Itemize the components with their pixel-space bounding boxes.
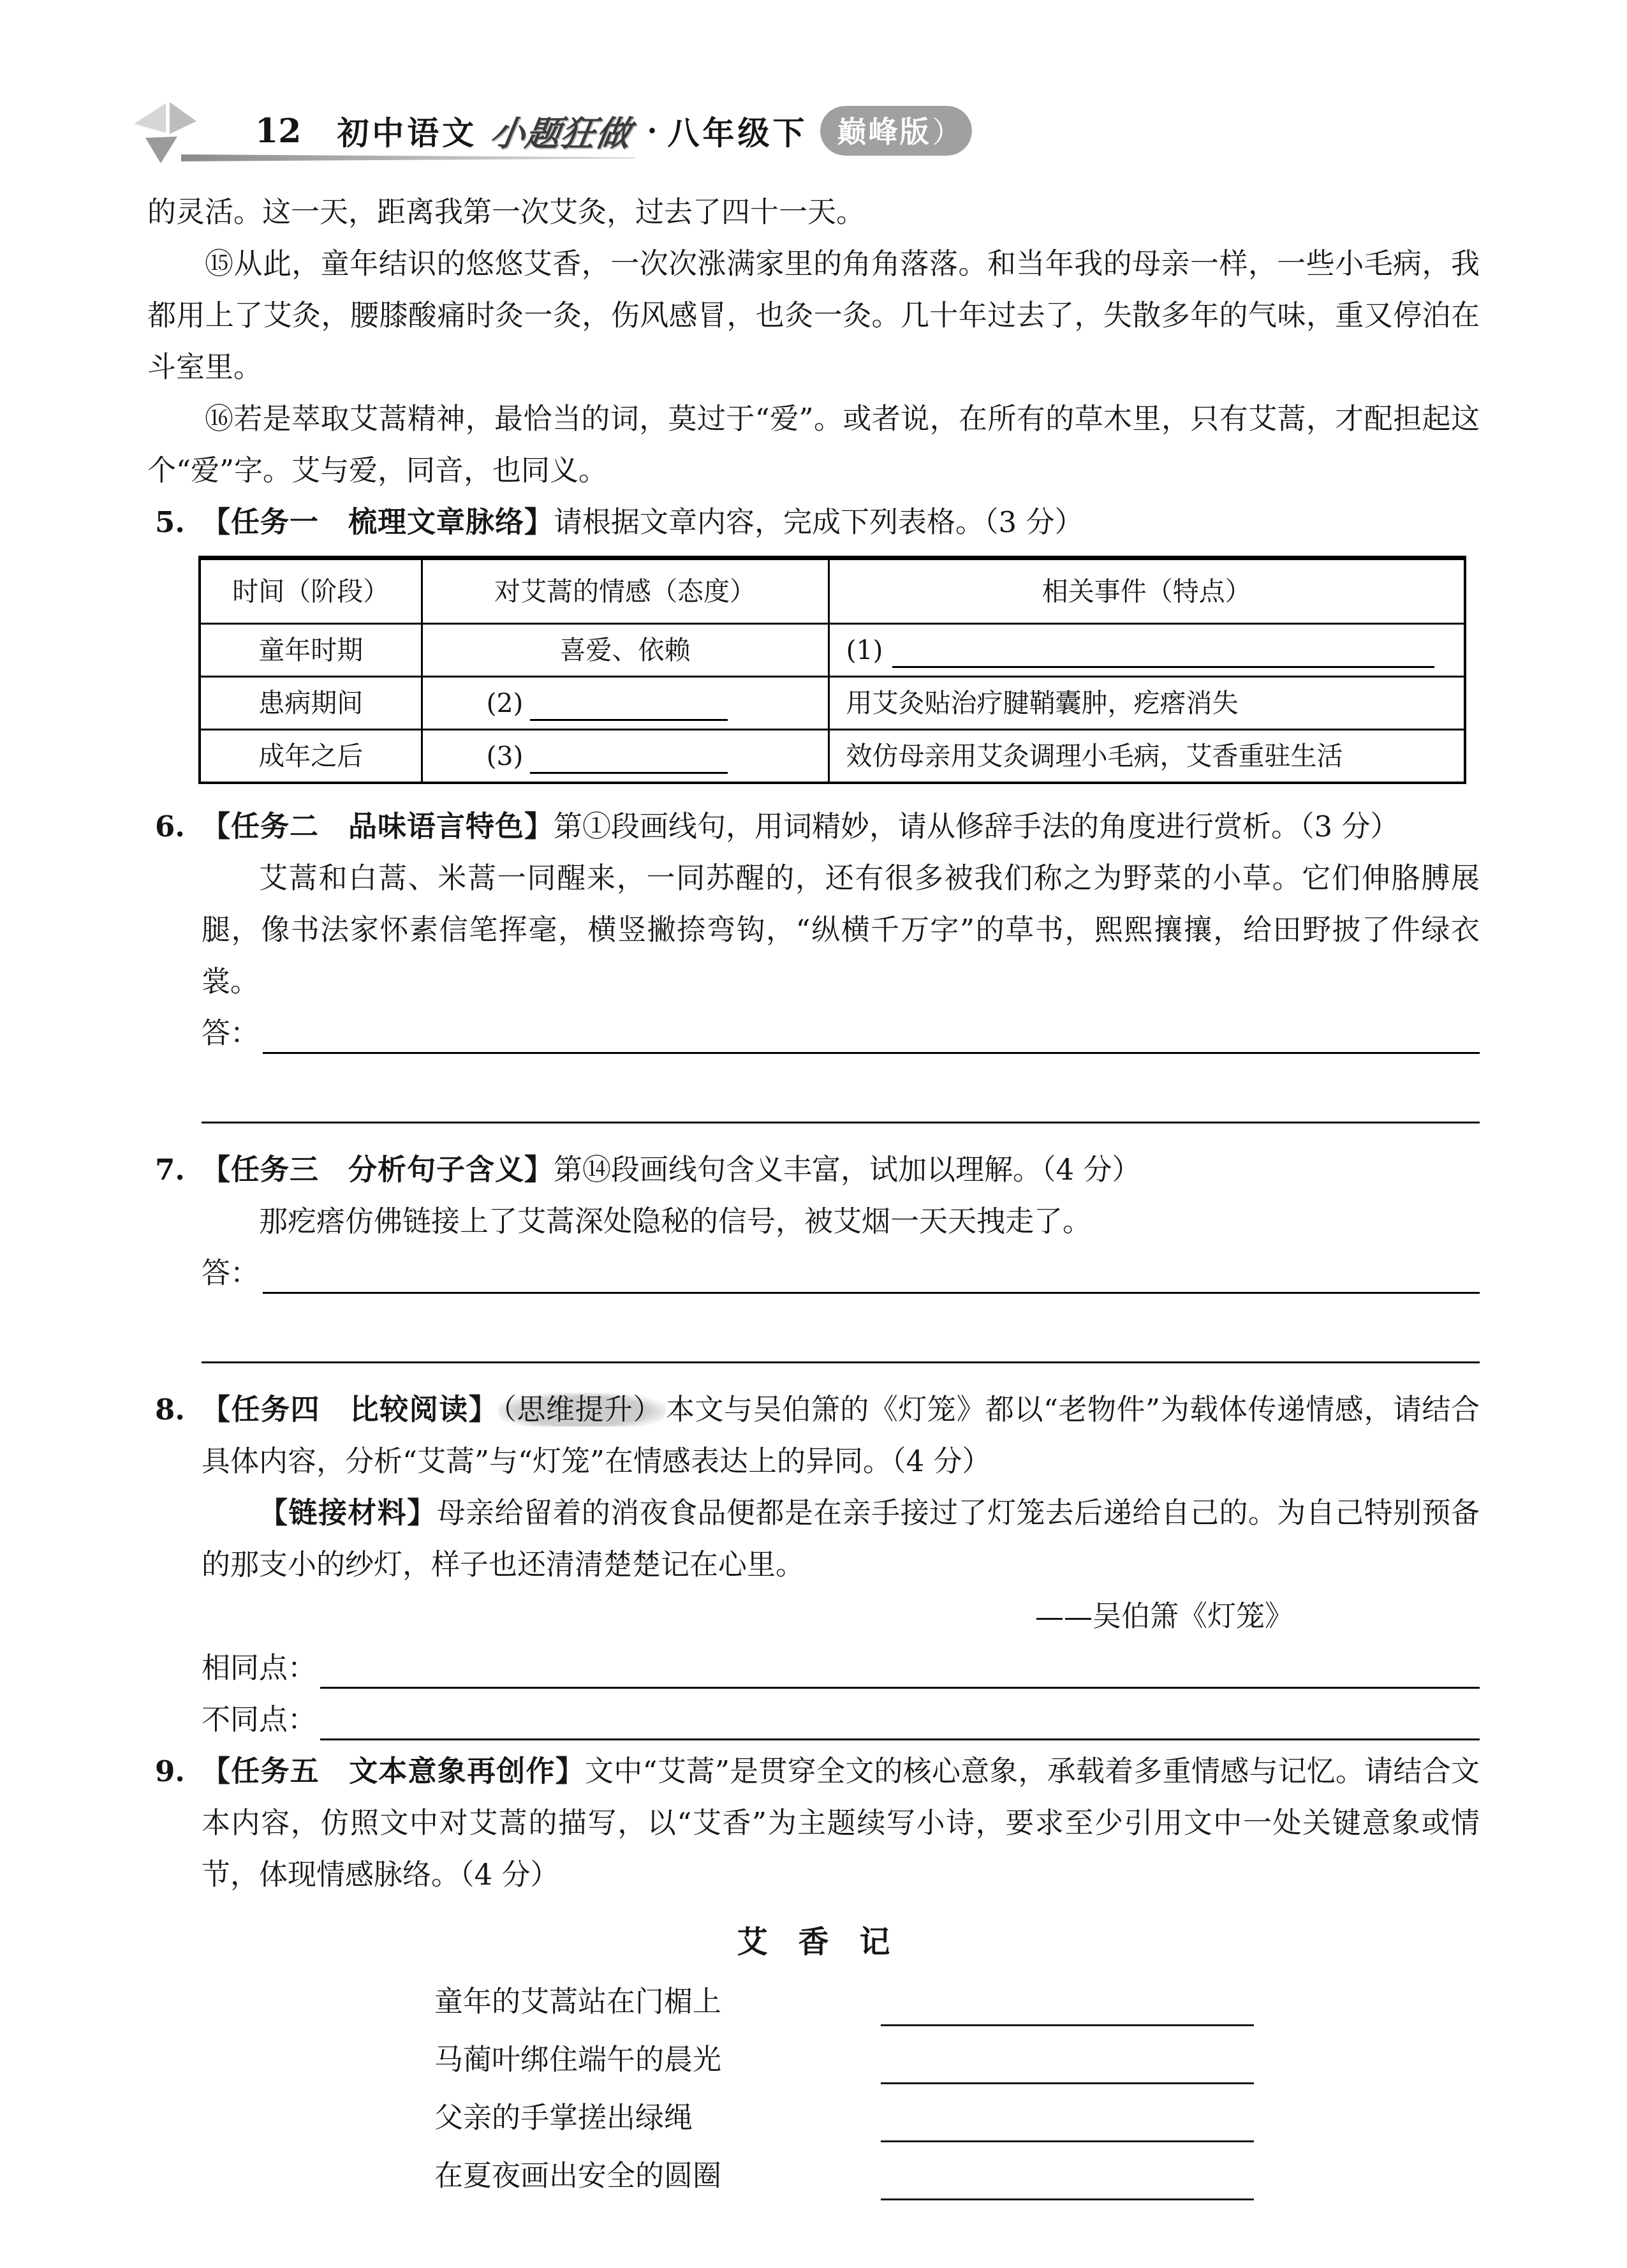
question-7-answer-row: 答： [202, 1247, 1480, 1299]
answer-label: 答： [202, 1007, 259, 1059]
question-8-link-material: 【链接材料】母亲给留着的消夜食品便都是在亲手接过了灯笼去后递给自己的。为自己特别… [202, 1487, 1480, 1590]
question-9: 9. 【任务五 文本意象再创作】文中“艾蒿”是贯穿全文的核心意象，承载着多重情感… [147, 1745, 1480, 1901]
grade-label: 八年级下 [667, 108, 807, 154]
cell-event-1-prefix: (1) [846, 635, 883, 665]
q5-col-event: 相关事件（特点） [828, 558, 1465, 624]
question-9-number: 9. [155, 1745, 185, 1797]
brand-logo-text: 小题狂做 [487, 107, 635, 156]
paragraph-15-marker: ⑮ [205, 247, 233, 281]
question-8-tip-highlight: （思维提升） [498, 1393, 666, 1427]
passage-paragraph-16: ⑯若是萃取艾蒿精神，最恰当的词，莫过于“爱”。或者说，在所有的草木里，只有艾蒿，… [147, 393, 1480, 496]
passage-paragraph-15: ⑮从此，童年结识的悠悠艾香，一次次涨满家里的角角落落。和当年我的母亲一样，一些小… [147, 238, 1480, 393]
edition-badge: 巅峰版 ） [820, 106, 972, 156]
cell-emotion-2-prefix: (2) [487, 688, 524, 718]
poem-line-text: 童年的艾蒿站在门楣上 [434, 1976, 881, 2027]
edition-badge-paren: ） [932, 108, 963, 151]
poem-blank-line [881, 2082, 1254, 2084]
poem-blank-line [881, 2140, 1254, 2142]
poem-line-text: 马蔺叶绑住端午的晨光 [434, 2034, 881, 2086]
question-9-task-label: 【任务五 文本意象再创作】 [202, 1754, 585, 1788]
link-material-label: 【链接材料】 [259, 1496, 437, 1530]
table-row: 成年之后 (3) 效仿母亲用艾灸调理小毛病，艾香重驻生活 [200, 730, 1465, 783]
poem-line-row: 在夏夜画出安全的圆圈 [147, 2144, 1480, 2202]
table-row: 患病期间 (2) 用艾灸贴治疗腱鞘囊肿，疙瘩消失 [200, 677, 1465, 730]
reading-passage: 的灵活。这一天，距离我第一次艾灸，过去了四十一天。 ⑮从此，童年结识的悠悠艾香，… [147, 186, 1480, 496]
poem-title: 艾 香 记 [147, 1915, 1480, 1969]
cell-event-2: 用艾灸贴治疗腱鞘囊肿，疙瘩消失 [828, 677, 1465, 730]
cell-emotion-3-prefix: (3) [487, 741, 524, 771]
question-6-answer-row: 答： [202, 1007, 1480, 1059]
page-number: 12 [255, 112, 301, 151]
question-5: 5. 【任务一 梳理文章脉络】请根据文章内容，完成下列表格。（3 分） [147, 496, 1480, 548]
question-5-prompt: 请根据文章内容，完成下列表格。（3 分） [554, 505, 1083, 539]
cell-time-3: 成年之后 [200, 730, 422, 783]
answer-continuation-line [202, 1059, 1480, 1123]
page-content: 的灵活。这一天，距离我第一次艾灸，过去了四十一天。 ⑮从此，童年结识的悠悠艾香，… [0, 186, 1627, 2202]
question-7-quote: 那疙瘩仿佛链接上了艾蒿深处隐秘的信号，被艾烟一天天拽走了。 [202, 1196, 1480, 1247]
q5-table-header-row: 时间（阶段） 对艾蒿的情感（态度） 相关事件（特点） [200, 558, 1465, 624]
question-7-number: 7. [155, 1144, 185, 1196]
question-7-task-label: 【任务三 分析句子含义】 [202, 1153, 554, 1187]
question-6-task-label: 【任务二 品味语言特色】 [202, 810, 554, 843]
similarities-blank-line [320, 1687, 1480, 1689]
question-5-task-label: 【任务一 梳理文章脉络】 [202, 505, 554, 539]
paragraph-16-text: 若是萃取艾蒿精神，最恰当的词，莫过于“爱”。或者说，在所有的草木里，只有艾蒿，才… [147, 402, 1480, 487]
answer-label: 答： [202, 1247, 259, 1299]
paragraph-16-marker: ⑯ [205, 402, 233, 436]
question-6-quote: 艾蒿和白蒿、米蒿一同醒来，一同苏醒的，还有很多被我们称之为野菜的小草。它们伸胳膊… [202, 852, 1480, 1007]
cell-event-3: 效仿母亲用艾灸调理小毛病，艾香重驻生活 [828, 730, 1465, 783]
question-6: 6. 【任务二 品味语言特色】第①段画线句，用词精妙，请从修辞手法的角度进行赏析… [147, 801, 1480, 852]
question-6-number: 6. [155, 801, 185, 852]
q5-col-emotion: 对艾蒿的情感（态度） [422, 558, 828, 624]
passage-continuation-line: 的灵活。这一天，距离我第一次艾灸，过去了四十一天。 [147, 186, 1480, 238]
poem-line-text: 父亲的手掌搓出绿绳 [434, 2092, 881, 2144]
cell-emotion-3-blank-line [530, 772, 728, 774]
series-title: 初中语文 [337, 108, 477, 154]
differences-label: 不同点： [202, 1694, 316, 1745]
question-8-task-label: 【任务四 比较阅读】 [202, 1393, 498, 1427]
question-7-prompt: 第⑭段画线句含义丰富，试加以理解。（4 分） [554, 1153, 1140, 1187]
differences-row: 不同点： [202, 1694, 1480, 1745]
cell-time-1: 童年时期 [200, 624, 422, 677]
poem-line-row: 童年的艾蒿站在门楣上 [147, 1969, 1480, 2027]
worksheet-page: 12 初中语文 小题狂做 · 八年级下 巅峰版 ） 的灵活。这一天，距离我第一次… [0, 0, 1627, 2268]
poem-line-row: 马蔺叶绑住端午的晨光 [147, 2027, 1480, 2086]
differences-blank-line [320, 1738, 1480, 1740]
answer-blank-line [263, 1052, 1480, 1054]
question-6-prompt: 第①段画线句，用词精妙，请从修辞手法的角度进行赏析。（3 分） [554, 810, 1399, 843]
table-row: 童年时期 喜爱、依赖 (1) [200, 624, 1465, 677]
question-7: 7. 【任务三 分析句子含义】第⑭段画线句含义丰富，试加以理解。（4 分） [147, 1144, 1480, 1196]
similarities-label: 相同点： [202, 1642, 316, 1694]
q5-col-time: 时间（阶段） [200, 558, 422, 624]
poem-line-text: 在夏夜画出安全的圆圈 [434, 2150, 881, 2202]
answer-blank-line [263, 1292, 1480, 1294]
cell-time-2: 患病期间 [200, 677, 422, 730]
question-8: 8. 【任务四 比较阅读】（思维提升）本文与吴伯箫的《灯笼》都以“老物件”为载体… [147, 1384, 1480, 1487]
cell-emotion-1: 喜爱、依赖 [422, 624, 828, 677]
poem-line-row: 父亲的手掌搓出绿绳 [147, 2086, 1480, 2144]
cell-emotion-2: (2) [422, 677, 828, 730]
cell-emotion-3: (3) [422, 730, 828, 783]
question-5-number: 5. [155, 496, 185, 548]
poem-blank-line [881, 2024, 1254, 2026]
cell-event-1-blank-line [892, 666, 1434, 668]
similarities-row: 相同点： [202, 1642, 1480, 1694]
quote-attribution: ——吴伯箫《灯笼》 [147, 1590, 1480, 1642]
poem-blank-line [881, 2198, 1254, 2200]
page-header: 12 初中语文 小题狂做 · 八年级下 巅峰版 ） [130, 102, 1627, 159]
answer-continuation-line [202, 1299, 1480, 1363]
q5-table: 时间（阶段） 对艾蒿的情感（态度） 相关事件（特点） 童年时期 喜爱、依赖 (1… [198, 556, 1466, 784]
question-8-number: 8. [155, 1384, 185, 1435]
cell-event-1: (1) [828, 624, 1465, 677]
dot-separator: · [647, 114, 657, 148]
edition-badge-text: 巅峰版 [837, 108, 931, 151]
paragraph-15-text: 从此，童年结识的悠悠艾香，一次次涨满家里的角角落落。和当年我的母亲一样，一些小毛… [147, 247, 1480, 384]
cell-emotion-2-blank-line [530, 719, 728, 721]
